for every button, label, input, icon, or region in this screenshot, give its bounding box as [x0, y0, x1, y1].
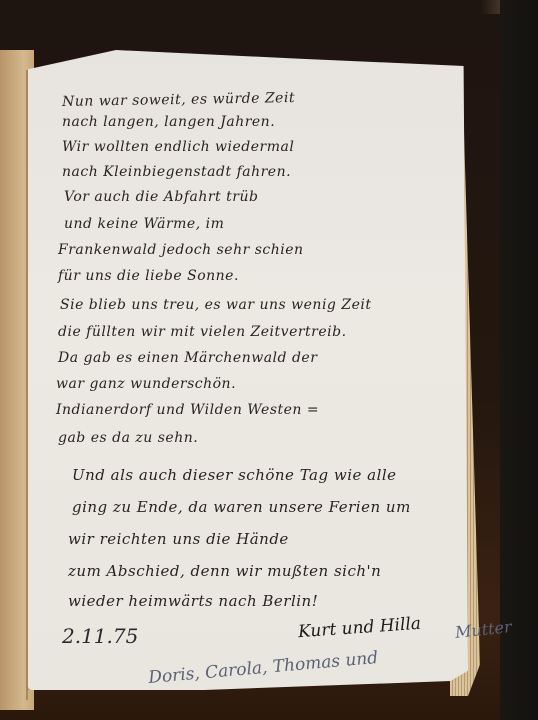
entry-line: wir reichten uns die Hände [68, 530, 289, 548]
entry-line: Indianerdorf und Wilden Westen = [56, 402, 319, 418]
entry-line: und keine Wärme, im [64, 216, 224, 232]
entry-line: zum Abschied, denn wir mußten sich'n [68, 562, 381, 580]
entry-line: Wir wollten endlich wiedermal [62, 139, 294, 155]
entry-line: für uns die liebe Sonne. [58, 268, 239, 284]
entry-line: Vor auch die Abfahrt trüb [64, 189, 258, 205]
entry-line: gab es da zu sehn. [58, 430, 198, 446]
entry-date: 2.11.75 [62, 624, 138, 648]
entry-line: Frankenwald jedoch sehr schien [58, 242, 304, 258]
entry-line: Und als auch dieser schöne Tag wie alle [72, 466, 397, 484]
entry-line: ging zu Ende, da waren unsere Ferien um [72, 498, 411, 516]
entry-line: war ganz wunderschön. [56, 376, 236, 392]
entry-line: nach Kleinbiegenstadt fahren. [62, 164, 291, 180]
book-gutter [26, 70, 28, 700]
entry-line: die füllten wir mit vielen Zeitvertreib. [58, 324, 347, 340]
entry-line: Sie blieb uns treu, es war uns wenig Zei… [60, 297, 371, 313]
entry-line: Da gab es einen Märchenwald der [58, 350, 317, 366]
table-edge [500, 0, 538, 720]
entry-line: wieder heimwärts nach Berlin! [68, 592, 318, 610]
entry-line: nach langen, langen Jahren. [62, 114, 275, 130]
